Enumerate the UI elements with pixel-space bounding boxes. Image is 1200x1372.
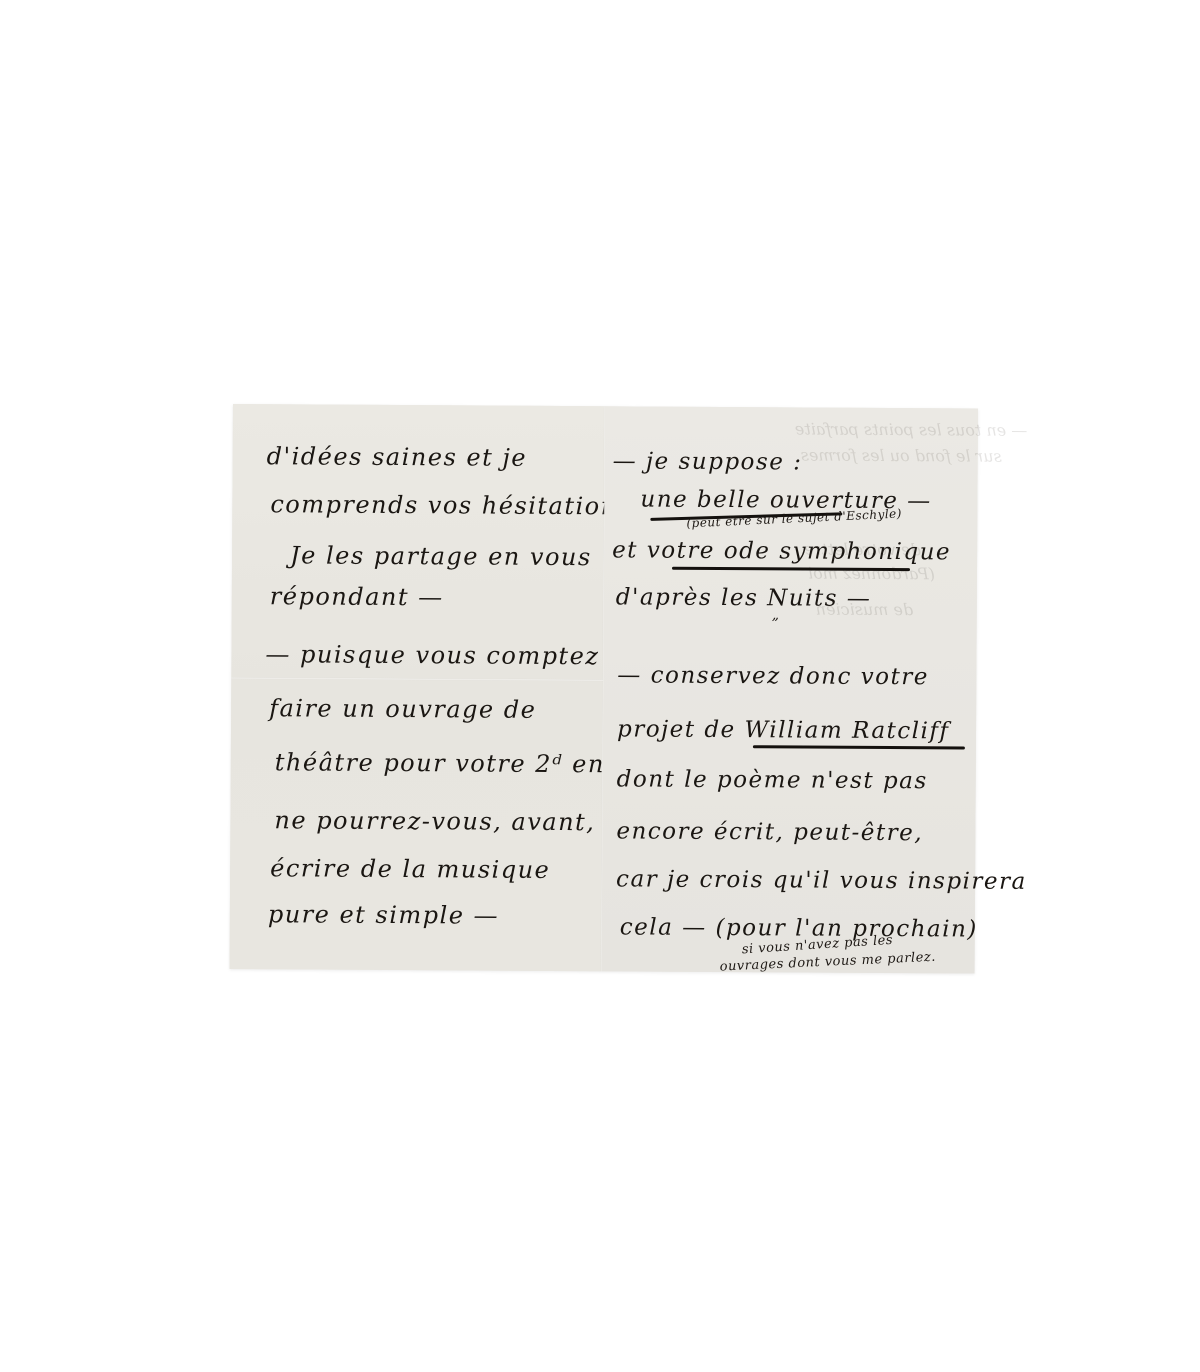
right-line-7: dont le poème n'est pas (617, 768, 928, 793)
left-line-1: d'idées saines et je (267, 444, 528, 470)
bleed-through-line-4: (Pardonnez moi (808, 564, 935, 584)
bleed-through-line-2: sur le fond ou les formes (801, 445, 1002, 465)
right-line-6: projet de William Ratcliff (617, 718, 950, 743)
right-line-8: encore écrit, peut-être, (616, 820, 923, 845)
left-line-7: théâtre pour votre 2ᵈ envoi (275, 750, 645, 776)
right-line-4: d'après les Nuits — (616, 586, 872, 611)
underline-william-ratcliff (753, 745, 965, 749)
right-line-1: — je suppose : (613, 450, 803, 474)
handwritten-letter: d'idées saines et je comprends vos hésit… (230, 404, 978, 974)
left-line-3: Je les partage en vous (290, 543, 592, 569)
left-line-6: faire un ouvrage de (269, 696, 536, 722)
left-page: d'idées saines et je comprends vos hésit… (230, 404, 605, 971)
underline-ode-symphonique (672, 567, 910, 571)
right-line-9: car je crois qu'il vous inspirera (616, 868, 1027, 894)
right-line-5: — conservez donc votre (617, 664, 929, 689)
left-line-9: écrire de la musique (270, 856, 550, 882)
left-line-8: ne pourrez-vous, avant, (274, 808, 595, 834)
nuits-quote-mark: „ (772, 607, 780, 623)
left-line-4: répondant — (270, 584, 444, 609)
bleed-through-line-1: — en tous les points parfaite (795, 419, 1028, 439)
right-page: — en tous les points parfaite sur le fon… (602, 406, 978, 973)
left-line-10: pure et simple — (268, 902, 499, 927)
right-line-3-underlined: et votre ode symphonique (612, 539, 951, 564)
left-line-5: — puisque vous comptez (265, 642, 599, 668)
